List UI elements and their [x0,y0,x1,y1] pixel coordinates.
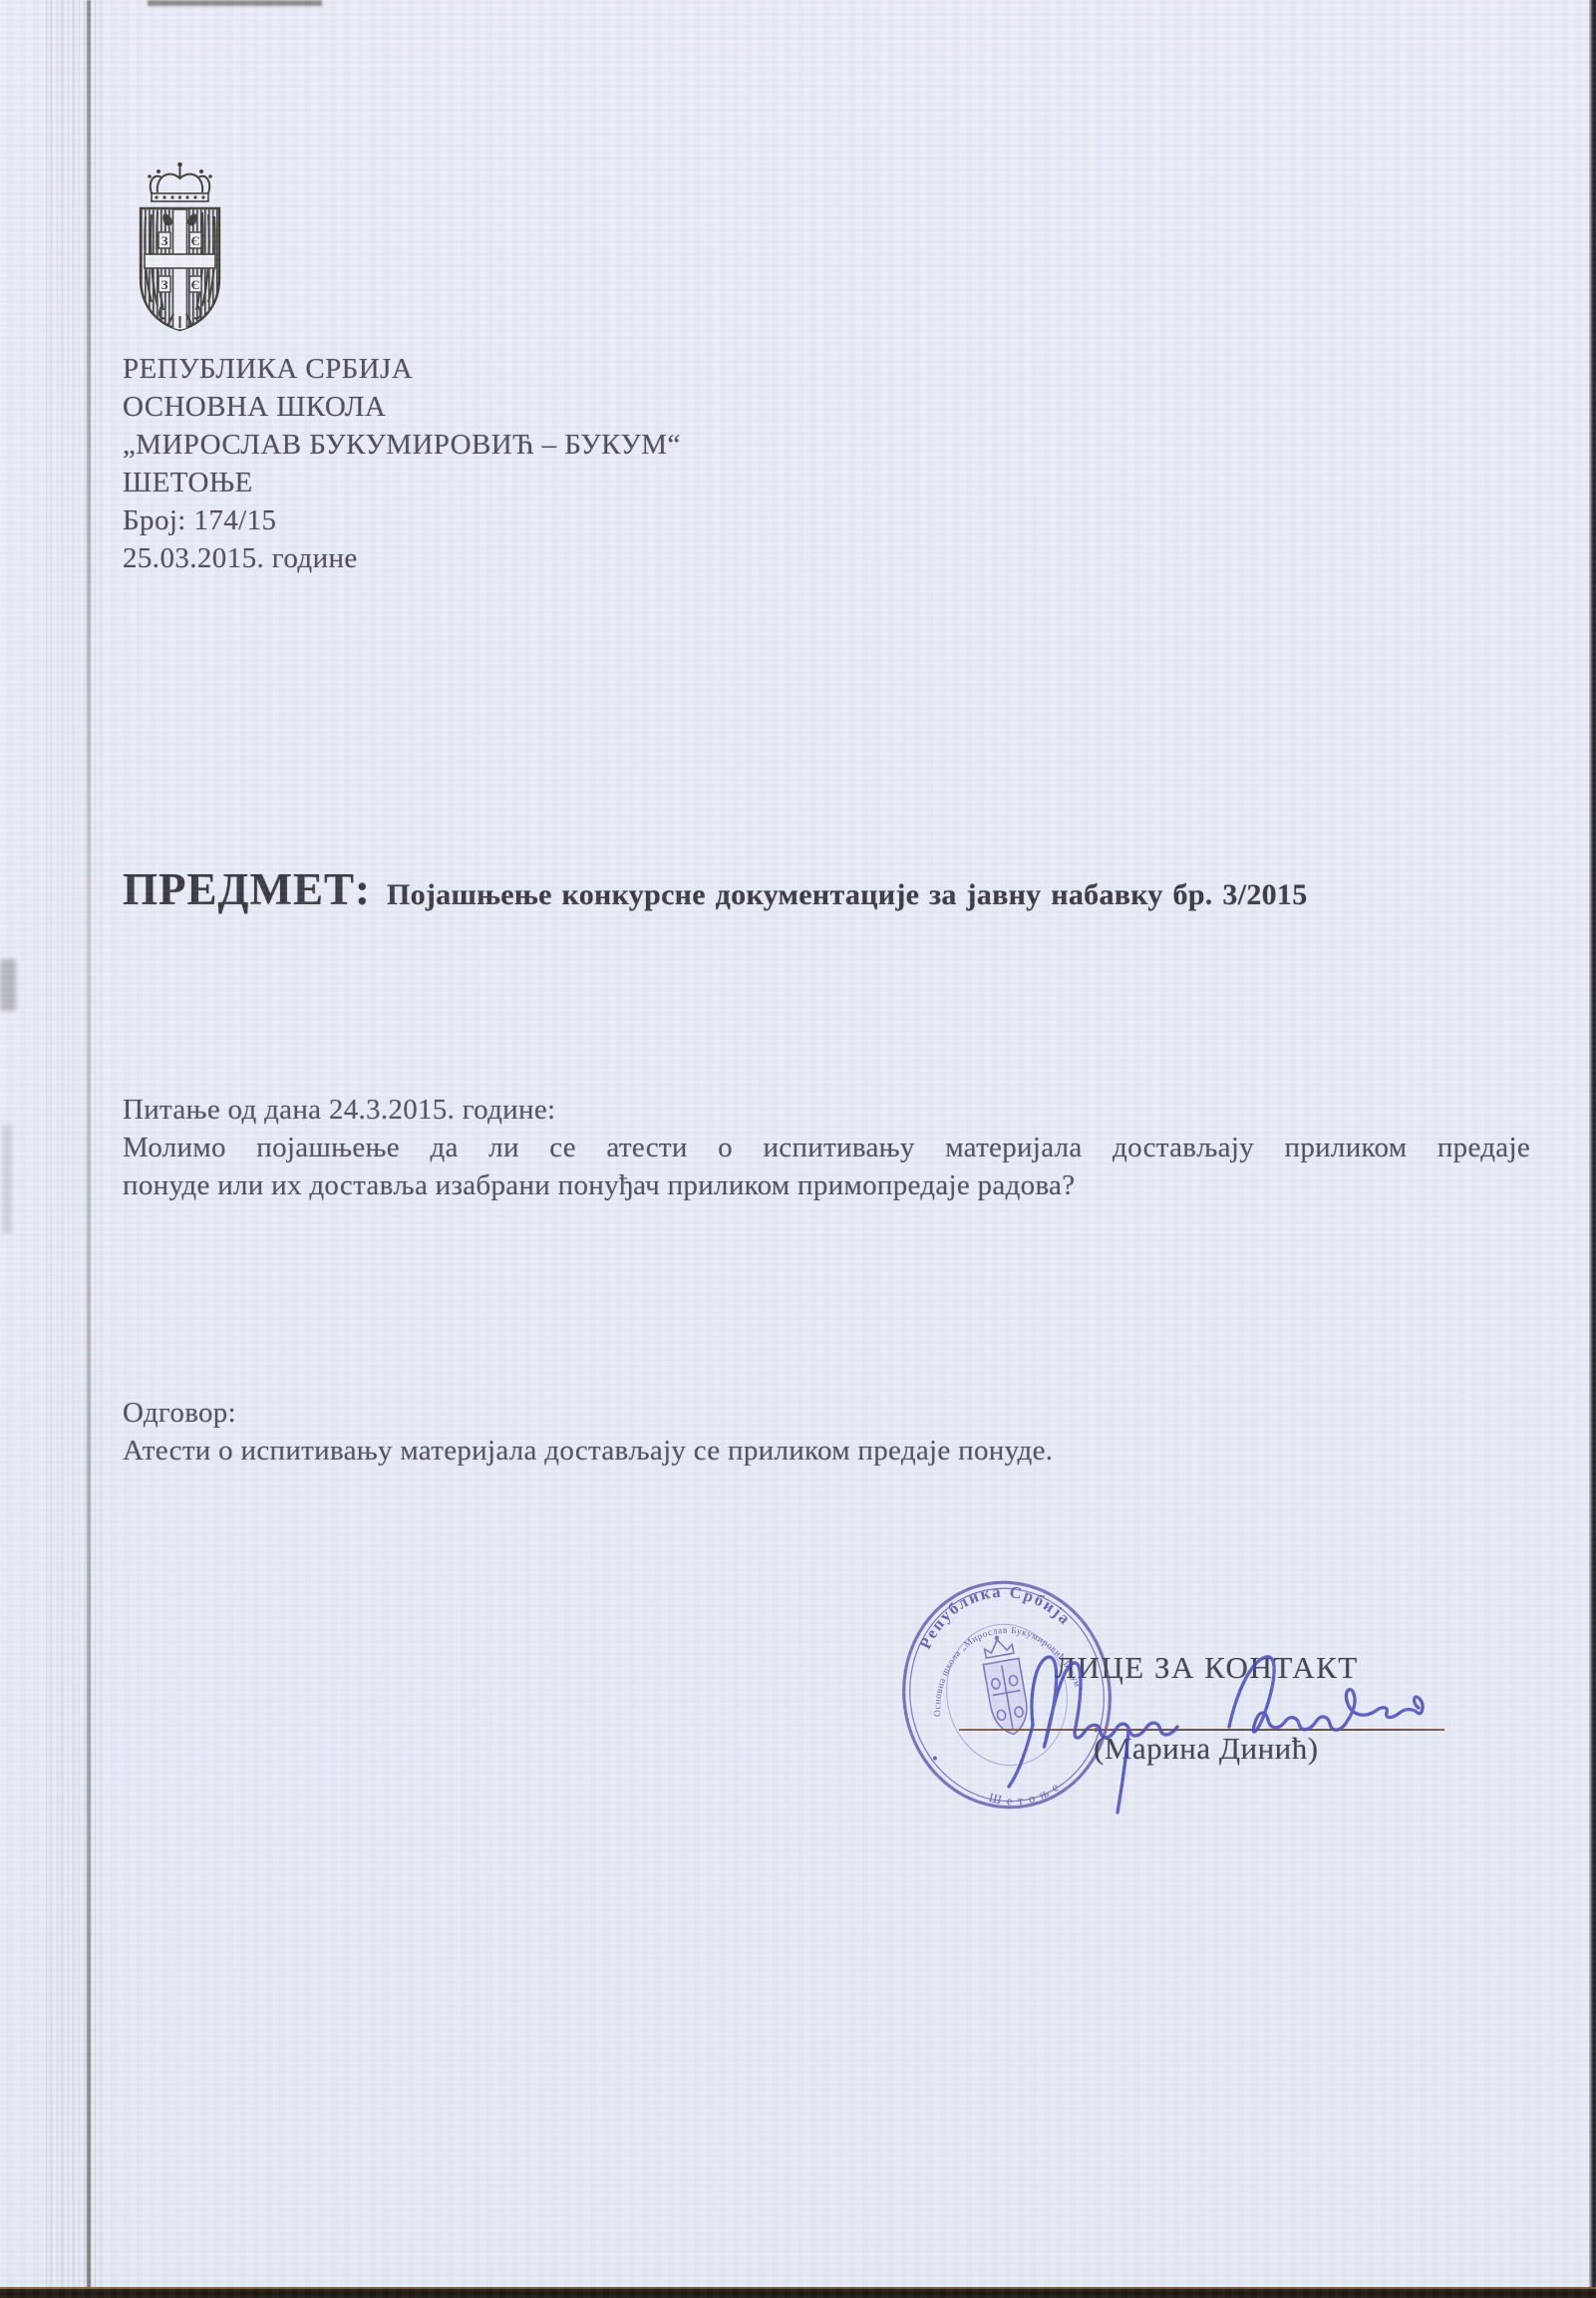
subject-label: ПРЕДМЕТ: [123,864,371,914]
question-paragraph: Питање од дана 24.3.2015. године: Молимо… [123,1091,1530,1204]
letterhead-place: ШЕТОЊЕ [123,464,681,501]
scanned-document-page: З Є З Є РЕПУБЛИКА СРБИЈА ОСНОВНА ШКОЛА „… [0,0,1596,2298]
firesteel-glyph: З [161,233,168,248]
scan-streak-band [46,0,102,2298]
letterhead-ref-number: Број: 174/15 [123,501,681,539]
answer-paragraph: Одговор: Атести о испитивању материјала … [123,1394,1530,1470]
scan-streak-line [87,0,91,2298]
firesteel-glyph: З [161,277,168,292]
question-intro: Питање од дана 24.3.2015. године: [123,1091,1530,1129]
firesteel-glyph: Є [191,233,200,248]
subject-line: ПРЕДМЕТ:Појашњење конкурсне документациј… [123,863,1308,915]
letterhead-institution: ОСНОВНА ШКОЛА [123,388,681,426]
scan-edge-right [1589,0,1596,2298]
firesteel-glyph: Є [191,277,200,292]
answer-label: Одговор: [123,1394,1530,1432]
scan-top-artifact [148,0,322,6]
letterhead-date: 25.03.2015. године [123,539,681,577]
question-body-line2: понуде или их доставља изабрани понуђач … [123,1166,1530,1204]
question-body-line1: Молимо појашњење да ли се атести о испит… [123,1129,1530,1166]
handwritten-signature [957,1625,1455,1824]
serbia-coat-of-arms-icon: З Є З Є [132,157,228,336]
letterhead: РЕПУБЛИКА СРБИЈА ОСНОВНА ШКОЛА „МИРОСЛАВ… [123,350,681,577]
scan-smudge [0,959,16,1011]
letterhead-country: РЕПУБЛИКА СРБИЈА [123,350,681,388]
letterhead-school-name: „МИРОСЛАВ БУКУМИРОВИЋ – БУКУМ“ [123,426,681,464]
scan-edge-bottom [0,2289,1596,2298]
scan-smudge [2,1125,12,1234]
subject-text: Појашњење конкурсне документације за јав… [387,878,1308,911]
answer-text: Атести о испитивању материјала достављај… [123,1432,1530,1470]
